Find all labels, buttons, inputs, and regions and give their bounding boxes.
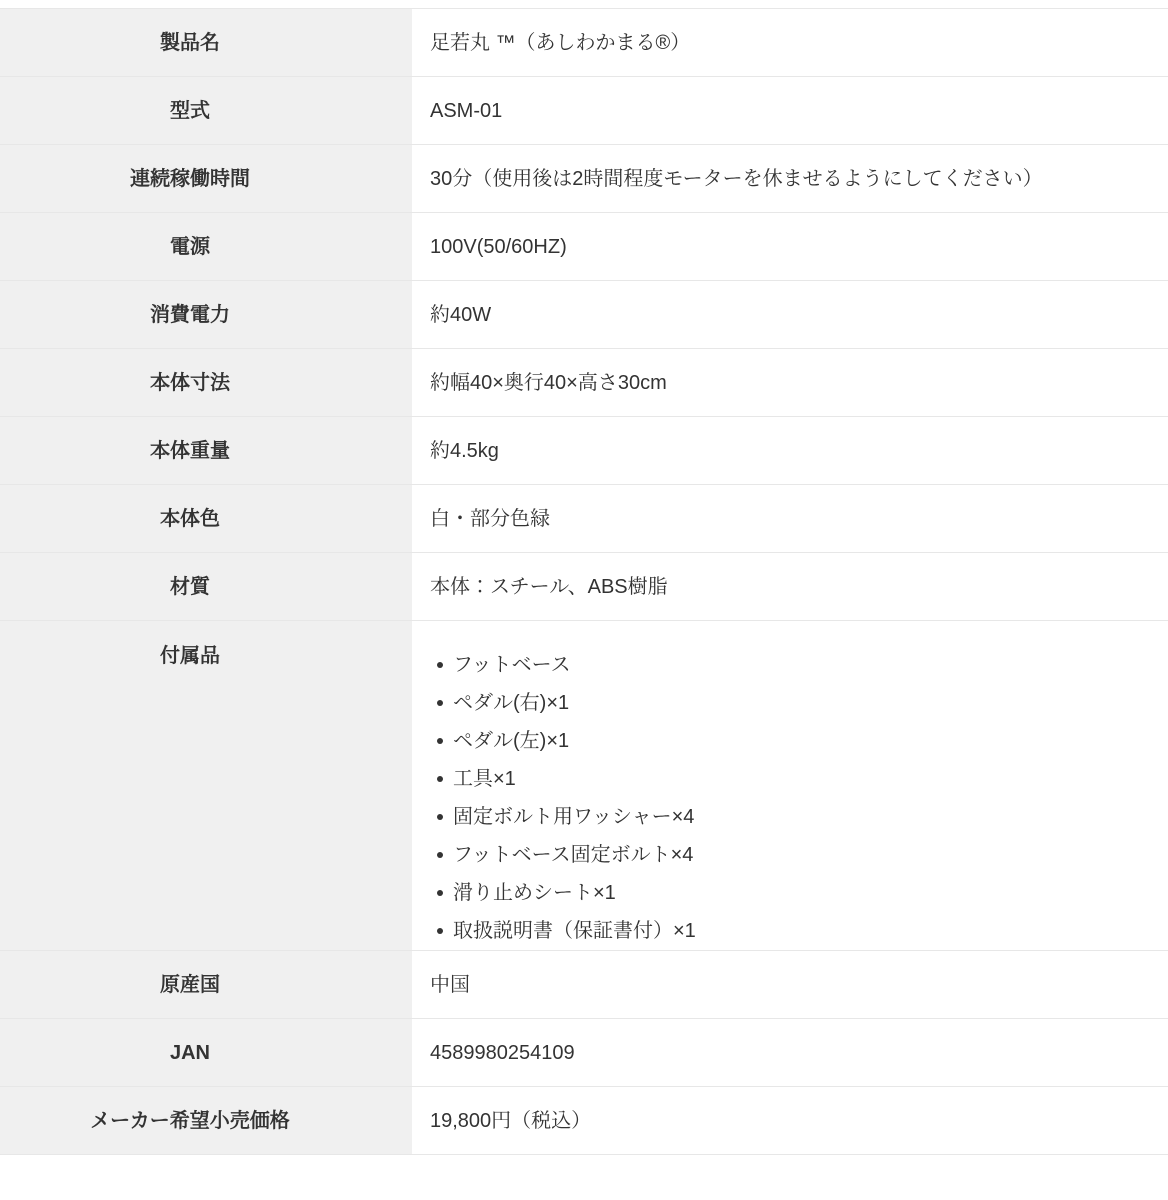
spec-label: 原産国 [0,951,412,1019]
spec-label: 製品名 [0,9,412,77]
table-row-model: 型式 ASM-01 [0,77,1168,145]
spec-value: 100V(50/60HZ) [412,213,1168,281]
spec-label: 消費電力 [0,281,412,349]
spec-value: 約4.5kg [412,417,1168,485]
list-item: 固定ボルト用ワッシャー×4 [453,798,1148,836]
table-row-accessories: 付属品 フットベース ペダル(右)×1 ペダル(左)×1 工具×1 固定ボルト用… [0,621,1168,951]
spec-label: 型式 [0,77,412,145]
table-row-operation-time: 連続稼働時間 30分（使用後は2時間程度モーターを休ませるようにしてください） [0,145,1168,213]
spec-value: 本体：スチール、ABS樹脂 [412,553,1168,621]
spec-label: JAN [0,1019,412,1087]
spec-value: ASM-01 [412,77,1168,145]
spec-value: 約幅40×奥行40×高さ30cm [412,349,1168,417]
list-item: 取扱説明書（保証書付）×1 [453,912,1148,950]
spec-value: 中国 [412,951,1168,1019]
spec-value: 30分（使用後は2時間程度モーターを休ませるようにしてください） [412,145,1168,213]
spec-label: メーカー希望小売価格 [0,1087,412,1155]
product-spec-table: 製品名 足若丸 ™（あしわかまる®） 型式 ASM-01 連続稼働時間 30分（… [0,8,1168,1155]
table-row-power-consumption: 消費電力 約40W [0,281,1168,349]
list-item: ペダル(右)×1 [453,684,1148,722]
spec-value: 4589980254109 [412,1019,1168,1087]
product-spec-page: 製品名 足若丸 ™（あしわかまる®） 型式 ASM-01 連続稼働時間 30分（… [0,0,1168,1200]
list-item: 滑り止めシート×1 [453,874,1148,912]
table-row-dimensions: 本体寸法 約幅40×奥行40×高さ30cm [0,349,1168,417]
table-row-weight: 本体重量 約4.5kg [0,417,1168,485]
spec-label: 材質 [0,553,412,621]
spec-label: 本体色 [0,485,412,553]
table-row-power-source: 電源 100V(50/60HZ) [0,213,1168,281]
spec-label: 本体寸法 [0,349,412,417]
list-item: フットベース [453,646,1148,684]
list-item: 工具×1 [453,760,1148,798]
table-row-product-name: 製品名 足若丸 ™（あしわかまる®） [0,9,1168,77]
list-item: ペダル(左)×1 [453,722,1148,760]
spec-value: 約40W [412,281,1168,349]
table-row-material: 材質 本体：スチール、ABS樹脂 [0,553,1168,621]
table-row-country-of-origin: 原産国 中国 [0,951,1168,1019]
spec-label: 本体重量 [0,417,412,485]
list-item: フットベース固定ボルト×4 [453,836,1148,874]
accessory-list: フットベース ペダル(右)×1 ペダル(左)×1 工具×1 固定ボルト用ワッシャ… [430,646,1148,950]
spec-value: フットベース ペダル(右)×1 ペダル(左)×1 工具×1 固定ボルト用ワッシャ… [412,621,1168,951]
spec-value: 19,800円（税込） [412,1087,1168,1155]
spec-value: 足若丸 ™（あしわかまる®） [412,9,1168,77]
spec-label: 電源 [0,213,412,281]
table-row-body-color: 本体色 白・部分色緑 [0,485,1168,553]
spec-label: 連続稼働時間 [0,145,412,213]
table-row-retail-price: メーカー希望小売価格 19,800円（税込） [0,1087,1168,1155]
table-row-jan-code: JAN 4589980254109 [0,1019,1168,1087]
spec-label: 付属品 [0,621,412,951]
spec-value: 白・部分色緑 [412,485,1168,553]
